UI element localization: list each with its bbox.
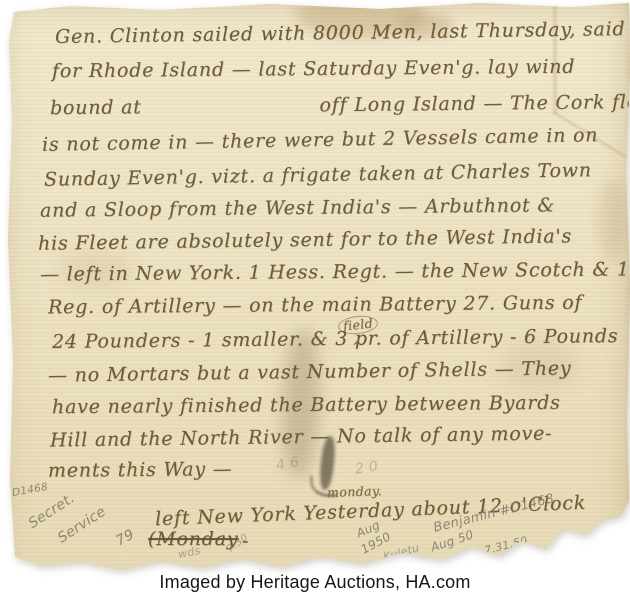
auction-house-caption: Imaged by Heritage Auctions, HA.com [0,572,630,593]
manuscript-line: — left in New York. 1 Hess. Regt. — the … [40,258,630,285]
manuscript-line: bound at off Long Island — The Cork flee… [50,91,630,119]
manuscript-line: Reg. of Artillery — on the main Battery … [48,292,582,319]
interlinear-monday: monday. [327,483,383,500]
manuscript-line: Hill and the North River — No talk of an… [50,422,553,451]
manuscript-line: 24 Pounders - 1 smaller. & 3 pr. of Arti… [52,325,619,353]
edge-stain [598,180,628,260]
manuscript-paper: Gen. Clinton sailed with 8000 Men, last … [0,0,630,600]
manuscript-line: Gen. Clinton sailed with 8000 Men, last … [55,18,626,48]
manuscript-line: for Rhode Island — last Saturday Even'g.… [52,56,575,83]
pencil-note-f2v: F2V [539,543,563,561]
paper-shadow-wrap: Gen. Clinton sailed with 8000 Men, last … [0,0,630,600]
manuscript-line: — no Mortars but a vast Number of Shells… [48,357,572,386]
pencil-note-79: 79 [113,527,137,550]
manuscript-line: ments this Way — [48,458,233,482]
pencil-note-date: 7.31.50 [483,534,529,557]
insertion-caret: ^ [352,338,363,353]
scan-stage: Gen. Clinton sailed with 8000 Men, last … [0,0,630,600]
manuscript-line: have nearly finished the Battery between… [52,392,561,418]
manuscript-line: is not come in — there were but 2 Vessel… [42,124,599,156]
manuscript-line: Sunday Even'g. vizt. a frigate taken at … [44,159,592,191]
manuscript-line: and a Sloop from the West India's — Arbu… [40,194,555,221]
pencil-note-d1468: D1468 [11,481,49,499]
pencil-scribble: 2 0 [354,458,379,477]
pencil-scribble: 4 6 [275,454,301,474]
manuscript-line: his Fleet are absolutely sent for to the… [38,225,572,254]
